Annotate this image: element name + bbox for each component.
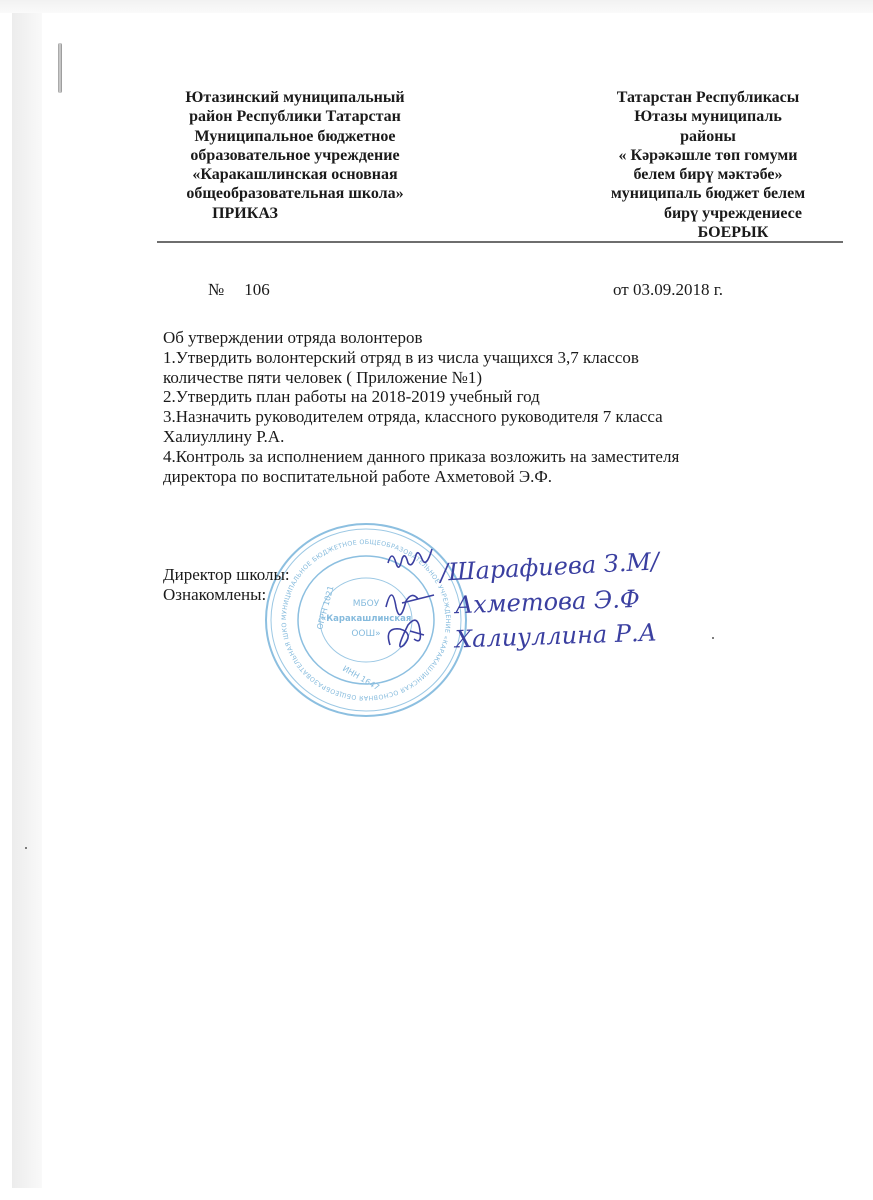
order-item-line: 2.Утвердить план работы на 2018-2019 уче… xyxy=(163,387,843,407)
order-number-value: 106 xyxy=(244,280,270,299)
order-item-line: количестве пяти человек ( Приложение №1) xyxy=(163,368,843,388)
svg-text:МБОУ: МБОУ xyxy=(353,599,380,609)
order-item-line: Халиуллину Р.А. xyxy=(163,427,843,447)
order-number-label: № xyxy=(208,280,224,299)
order-item-line: 3.Назначить руководителем отряда, классн… xyxy=(163,407,843,427)
header-left-line: район Республики Татарстан xyxy=(155,107,435,126)
staple-mark xyxy=(58,43,62,93)
header-right-line: « Кәрәкәшле төп гомуми xyxy=(578,146,838,165)
scan-left-shadow xyxy=(12,13,42,1188)
svg-text:ООШ»: ООШ» xyxy=(351,629,380,639)
order-title: Об утверждении отряда волонтеров xyxy=(163,328,843,348)
header-right-line: Ютазы муниципаль xyxy=(578,107,838,126)
order-item-line: 4.Контроль за исполнением данного приказ… xyxy=(163,447,843,467)
header-left-line: общеобразовательная школа» xyxy=(155,184,435,203)
order-number: №106 xyxy=(208,280,270,300)
header-left-line: «Каракашлинская основная xyxy=(155,165,435,184)
header-left-line: образовательное учреждение xyxy=(155,146,435,165)
header-left-institution: Ютазинский муниципальный район Республик… xyxy=(155,88,435,223)
acquainted-label: Ознакомлены: xyxy=(163,585,290,605)
director-label: Директор школы: xyxy=(163,565,290,585)
order-date: от 03.09.2018 г. xyxy=(613,280,723,300)
header-right-institution: Татарстан Республикасы Ютазы муниципаль … xyxy=(578,88,838,242)
header-right-line: муниципаль бюджет белем xyxy=(578,184,838,203)
order-body: Об утверждении отряда волонтеров 1.Утвер… xyxy=(163,328,843,486)
header-right-line: Татарстан Республикасы xyxy=(578,88,838,107)
svg-text:ИНН 1647: ИНН 1647 xyxy=(341,664,381,692)
header-left-line: Муниципальное бюджетное xyxy=(155,127,435,146)
header-right-line: белем бирү мәктәбе» xyxy=(578,165,838,184)
header-right-line: бирү учреждениесе xyxy=(578,204,838,223)
doc-type-tt: БОЕРЫК xyxy=(578,223,838,242)
header-divider xyxy=(157,241,843,243)
order-item-line: директора по воспитательной работе Ахмет… xyxy=(163,467,843,487)
order-item-line: 1.Утвердить волонтерский отряд в из числ… xyxy=(163,348,843,368)
header-right-line: районы xyxy=(578,127,838,146)
header-left-line: Ютазинский муниципальный xyxy=(155,88,435,107)
signature-scribbles-icon xyxy=(380,545,440,665)
scan-top-edge xyxy=(0,0,873,13)
scan-speck xyxy=(712,637,714,639)
doc-type-ru: ПРИКАЗ xyxy=(155,204,435,223)
scan-speck xyxy=(25,847,27,849)
signature-block: Директор школы: Ознакомлены: xyxy=(163,565,290,605)
